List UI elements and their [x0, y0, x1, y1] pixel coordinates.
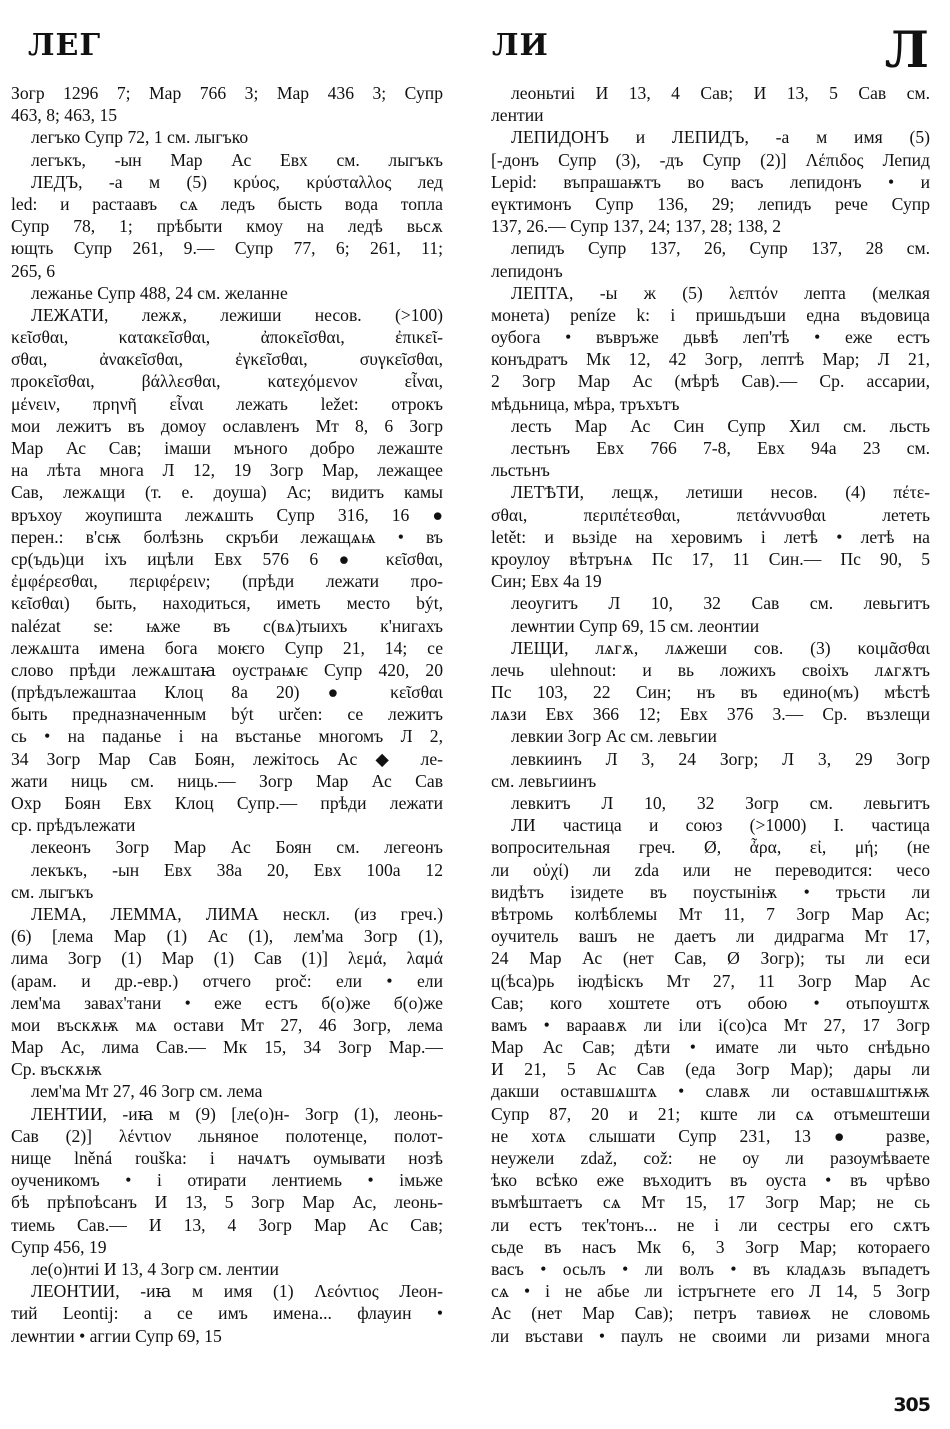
- dictionary-line: ЛЕЖАТИ, лежѫ, лежиши несов. (>100): [11, 304, 443, 326]
- dictionary-line: ющть Супр 261, 9.— Супр 77, 6; 261, 11;: [11, 237, 443, 259]
- dictionary-line: конъдратъ Мк 12, 42 Зогр, лептѣ Мар; Л 2…: [491, 348, 930, 370]
- dictionary-line: Зогр 1296 7; Мар 766 3; Мар 436 3; Супр: [11, 82, 443, 104]
- dictionary-line: ср. прѣдълежати: [11, 814, 443, 836]
- dictionary-line: лима Зогр (1) Мар (1) Сав (1)] λεμά, λαμ…: [11, 947, 443, 969]
- dictionary-line: 265, 6: [11, 260, 443, 282]
- dictionary-line: на лѣта многа Л 12, 19 Зогр Мар, лежащее: [11, 459, 443, 481]
- dictionary-line: ц(ѣса)рь іюдѣіскъ Мт 27, 11 Зогр Мар Ас: [491, 970, 930, 992]
- dictionary-line: led: и растаавъ сѧ ледъ бысть вода топла: [11, 193, 443, 215]
- dictionary-line: тиемь Сав.— И 13, 4 Зогр Мар Ас Сав;: [11, 1214, 443, 1236]
- dictionary-line: лечь ulehnout: и вь ложихъ своіхъ лѧгѫтъ: [491, 659, 930, 681]
- dictionary-line: Охр Боян Евх Клоц Супр.— прѣди лежати: [11, 792, 443, 814]
- running-head-left: ЛЕГ: [28, 28, 101, 63]
- dictionary-line: лежѧшта имена бога моѥго Супр 21, 14; се: [11, 637, 443, 659]
- dictionary-line: (прѣдълежаштаа Клоц 8а 20) ● κεῖσθαι: [11, 681, 443, 703]
- dictionary-line: Супр 78, 1; прѣбыти кмоу на ледѣ вьсѫ: [11, 215, 443, 237]
- dictionary-line: леоньтиі И 13, 4 Сав; И 13, 5 Сав см.: [491, 82, 930, 104]
- dictionary-line: еүктимонъ Супр 136, 29; лепидъ рече Супр: [491, 193, 930, 215]
- dictionary-line: Сав (2)] λέντιον льняное полотенце, поло…: [11, 1125, 443, 1147]
- dictionary-line: мѣдьница, мѣра, тръхътъ: [491, 393, 930, 415]
- dictionary-line: Супр 456, 19: [11, 1236, 443, 1258]
- dictionary-line: видѣтъ ізидете въ поустыніѭ • трьсти ли: [491, 881, 930, 903]
- dictionary-line: льстьнъ: [491, 459, 930, 481]
- dictionary-line: (арам. и др.-евр.) отчего proč: ели • ел…: [11, 970, 443, 992]
- dictionary-line: оучитель вашъ не даетъ ли дидрагма Мт 17…: [491, 925, 930, 947]
- dictionary-line: κεῖσθαι, κατακεῖσθαι, ἀποκεῖσθαι, ἐπικεῖ…: [11, 326, 443, 348]
- dictionary-line: Син; Евх 4а 19: [491, 570, 930, 592]
- dictionary-line: Сав; кого хоштете отъ обою • отьпоуштѫ: [491, 992, 930, 1014]
- dictionary-line: леѡнтии Супр 69, 15 см. леонтии: [491, 615, 930, 637]
- dictionary-line: вамъ • вараавѫ ли іли і(со)са Мт 27, 17 …: [491, 1014, 930, 1036]
- dictionary-line: лекеонъ Зогр Мар Ас Боян см. легеонъ: [11, 836, 443, 858]
- dictionary-line: леоугитъ Л 10, 32 Сав см. левьгитъ: [491, 592, 930, 614]
- dictionary-line: Пс 103, 22 Син; нъ въ едино(мъ) мѣстѣ: [491, 681, 930, 703]
- dictionary-line: nalézat se: ѩже въ с(вѧ)тыихъ к'нигахъ: [11, 615, 443, 637]
- running-head-letter: Л: [885, 20, 930, 79]
- dictionary-line: ЛЕТѢТИ, лещѫ, летиши несов. (4) πέτε-: [491, 481, 930, 503]
- dictionary-line: васъ • осьлъ • ли волъ • въ кладѧзь въпа…: [491, 1258, 930, 1280]
- dictionary-line: левкитъ Л 10, 32 Зогр см. левьгитъ: [491, 792, 930, 814]
- dictionary-line: сь • на паданье і на въстанье многомъ Л …: [11, 725, 443, 747]
- dictionary-line: Мар Ас Сав; дѣти • имате ли чьто снѣдьно: [491, 1036, 930, 1058]
- dictionary-line: ἐμφέρεσθαι, περιφέρειν; (прѣди лежати πρ…: [11, 570, 443, 592]
- dictionary-line: letět: и вьзіде на херовимъ і летѣ • лет…: [491, 526, 930, 548]
- dictionary-line: 2 Зогр Мар Ас (мѣрѣ Сав).— Ср. ассарии,: [491, 370, 930, 392]
- left-column: Зогр 1296 7; Мар 766 3; Мар 436 3; Супр4…: [11, 82, 443, 1347]
- dictionary-line: лем'ма завах'тани • еже естъ б(о)же б(о)…: [11, 992, 443, 1014]
- dictionary-line: лепидонъ: [491, 260, 930, 282]
- page-number: 305: [893, 1394, 930, 1416]
- dictionary-line: Ас (нет Мар Сав); петръ тавиѳѫ не словом…: [491, 1302, 930, 1324]
- dictionary-line: вѣтромь колѣблемы Мт 11, 7 Зогр Мар Ас;: [491, 903, 930, 925]
- dictionary-line: ли естъ тек'тонъ... не і ли сестры его с…: [491, 1214, 930, 1236]
- dictionary-line: ср(ъдь)ци іхъ ицѣли Евх 576 6 ● κεῖσθαι,: [11, 548, 443, 570]
- dictionary-line: лежанье Супр 488, 24 см. желанне: [11, 282, 443, 304]
- dictionary-line: Мар Ас, лима Сав.— Мк 15, 34 Зогр Мар.—: [11, 1036, 443, 1058]
- dictionary-line: ЛЕПТА, -ы ж (5) λεπτόν лепта (мелкая: [491, 282, 930, 304]
- dictionary-line: сѧ • і не абье ли істръгнете его Л 14, 5…: [491, 1280, 930, 1302]
- dictionary-line: легъко Супр 72, 1 см. лыгъко: [11, 126, 443, 148]
- dictionary-line: быть предназначенным být určen: се лежит…: [11, 703, 443, 725]
- dictionary-line: Сав, лежѧщи (т. е. доуша) Ас; видитъ кам…: [11, 481, 443, 503]
- dictionary-line: 34 Зогр Мар Сав Боян, лежітось Ас ◆ ле-: [11, 748, 443, 770]
- dictionary-line: Lepid: въпрашаѭтъ во васъ лепидонъ • и: [491, 171, 930, 193]
- dictionary-line: перен.: в'сѭ болѣзнь скръби лежащѧѩ • въ: [11, 526, 443, 548]
- dictionary-line: [-донъ Супр (3), -дъ Супр (2)] Λέπιδος Л…: [491, 149, 930, 171]
- dictionary-line: тий Leontij: а се имъ имена... флауин •: [11, 1302, 443, 1324]
- dictionary-line: лепидъ Супр 137, 26, Супр 137, 28 см.: [491, 237, 930, 259]
- dictionary-line: лестьнъ Евх 766 7-8, Евх 94а 23 см.: [491, 437, 930, 459]
- dictionary-line: мои въскѫѭ мѧ остави Мт 27, 46 Зогр, лем…: [11, 1014, 443, 1036]
- dictionary-line: лесть Мар Ас Син Супр Хил см. льсть: [491, 415, 930, 437]
- dictionary-line: см. лыгъкъ: [11, 881, 443, 903]
- dictionary-line: вопросительная греч. Ø, ἆρα, εἰ, μή; (не: [491, 836, 930, 858]
- dictionary-line: връхоу жоупишта лежѧшть Супр 316, 16 ●: [11, 504, 443, 526]
- dictionary-line: лекъкъ, -ын Евх 38а 20, Евх 100а 12: [11, 859, 443, 881]
- dictionary-line: см. левьгиинъ: [491, 770, 930, 792]
- dictionary-line: лѧзи Евх 366 12; Евх 376 3.— Ср. възлещи: [491, 703, 930, 725]
- dictionary-line: И 21, 5 Ас Сав (еда Зогр Мар); дары ли: [491, 1058, 930, 1080]
- dictionary-line: (6) [лема Мар (1) Ас (1), лем'ма Зогр (1…: [11, 925, 443, 947]
- dictionary-line: оубога • въвръже дьвѣ леп'тѣ • еже естъ: [491, 326, 930, 348]
- dictionary-line: ЛЕЩИ, лѧгѫ, лѧжеши сов. (3) κοιμᾶσθαι: [491, 637, 930, 659]
- dictionary-line: ЛЕНТИИ, -иꙗ м (9) [ле(о)н- Зогр (1), лео…: [11, 1103, 443, 1125]
- dictionary-line: неужели zdaž, což: не оу ли разоумѣваете: [491, 1147, 930, 1169]
- dictionary-line: ле(о)нтиі И 13, 4 Зогр см. лентии: [11, 1258, 443, 1280]
- dictionary-line: легъкъ, -ын Мар Ас Евх см. лыгъкъ: [11, 149, 443, 171]
- running-head-center: ЛИ: [492, 28, 549, 63]
- dictionary-line: монета) peníze k: і пришьдъши една въдов…: [491, 304, 930, 326]
- dictionary-line: левкии Зогр Ас см. левьгии: [491, 725, 930, 747]
- dictionary-line: προκεῖσθαι, βάλλεσθαι, κατεχόμενον εἶναι…: [11, 370, 443, 392]
- right-column: леоньтиі И 13, 4 Сав; И 13, 5 Сав см.лен…: [491, 82, 930, 1347]
- dictionary-line: въмѣштаетъ сѧ Мт 15, 17 Зогр Мар; не сь: [491, 1191, 930, 1213]
- dictionary-line: ЛЕПИДОНЪ и ЛЕПИДЪ, -а м имя (5): [491, 126, 930, 148]
- dictionary-line: нище lněná rouška: і начѧтъ оумывати ноз…: [11, 1147, 443, 1169]
- dictionary-line: 137, 26.— Супр 137, 24; 137, 28; 138, 2: [491, 215, 930, 237]
- dictionary-line: ЛЕМА, ЛЕММА, ЛИМА нескл. (из греч.): [11, 903, 443, 925]
- dictionary-line: 24 Мар Ас (нет Сав, Ø Зогр); ты ли еси: [491, 947, 930, 969]
- dictionary-line: μένειν, πρηνῆ εἶναι лежать ležet: отрокъ: [11, 393, 443, 415]
- dictionary-line: ли οὐχί) ли zda или не переводится: чесо: [491, 859, 930, 881]
- dictionary-line: ЛИ частица и союз (>1000) I. частица: [491, 814, 930, 836]
- dictionary-line: Супр 87, 20 и 21; кште ли сѧ отъмештеши: [491, 1103, 930, 1125]
- dictionary-line: бѣ прѣпоѣсанъ И 13, 5 Зогр Мар Ас, леонь…: [11, 1191, 443, 1213]
- dictionary-line: дакши оставшѧштѧ • славѫ ли оставшѧштѭѭ: [491, 1080, 930, 1102]
- dictionary-line: 463, 8; 463, 15: [11, 104, 443, 126]
- dictionary-line: лем'ма Мт 27, 46 Зогр см. лема: [11, 1080, 443, 1102]
- dictionary-line: мои лежитъ въ домоу ославленъ Мт 8, 6 Зо…: [11, 415, 443, 437]
- dictionary-line: не хотѧ слышати Супр 231, 13 ● разве,: [491, 1125, 930, 1147]
- dictionary-line: жати ниць см. ниць.— Зогр Мар Ас Сав: [11, 770, 443, 792]
- dictionary-line: ЛЕОНТИИ, -иꙗ м имя (1) Λεόντιος Леон-: [11, 1280, 443, 1302]
- dictionary-line: σθαι, ἀνακεῖσθαι, ἐγκεῖσθαι, συγκεῖσθαι,: [11, 348, 443, 370]
- dictionary-line: оученикомъ • і отирати лентиемь • імьже: [11, 1169, 443, 1191]
- dictionary-line: сьде въ насъ Мк 6, 3 Зогр Мар; котораего: [491, 1236, 930, 1258]
- dictionary-line: лентии: [491, 104, 930, 126]
- dictionary-line: левкиинъ Л 3, 24 Зогр; Л 3, 29 Зогр: [491, 748, 930, 770]
- dictionary-line: Мар Ас Сав; імаши мъного добро лежаште: [11, 437, 443, 459]
- dictionary-line: σθαι, περιπέτεσθαι, πετάννυσθαι лететь: [491, 504, 930, 526]
- dictionary-line: ли въстави • паулъ не своими ли ризами м…: [491, 1325, 930, 1347]
- dictionary-line: леѡнтии • аггии Супр 69, 15: [11, 1325, 443, 1347]
- dictionary-line: Ср. въскѫѭ: [11, 1058, 443, 1080]
- dictionary-line: κεῖσθαι) быть, находиться, иметь место b…: [11, 592, 443, 614]
- dictionary-line: слово прѣди лежѧштаꙗ оустраѩѥ Супр 420, …: [11, 659, 443, 681]
- dictionary-line: ѣко всѣко еже въходитъ въ оуста • въ чрѣ…: [491, 1169, 930, 1191]
- dictionary-line: ЛЕДЪ, -а м (5) κρύος, κρύσταλλος лед: [11, 171, 443, 193]
- dictionary-line: кроулоу вѣтрънѧ Пс 17, 11 Син.— Пс 90, 5: [491, 548, 930, 570]
